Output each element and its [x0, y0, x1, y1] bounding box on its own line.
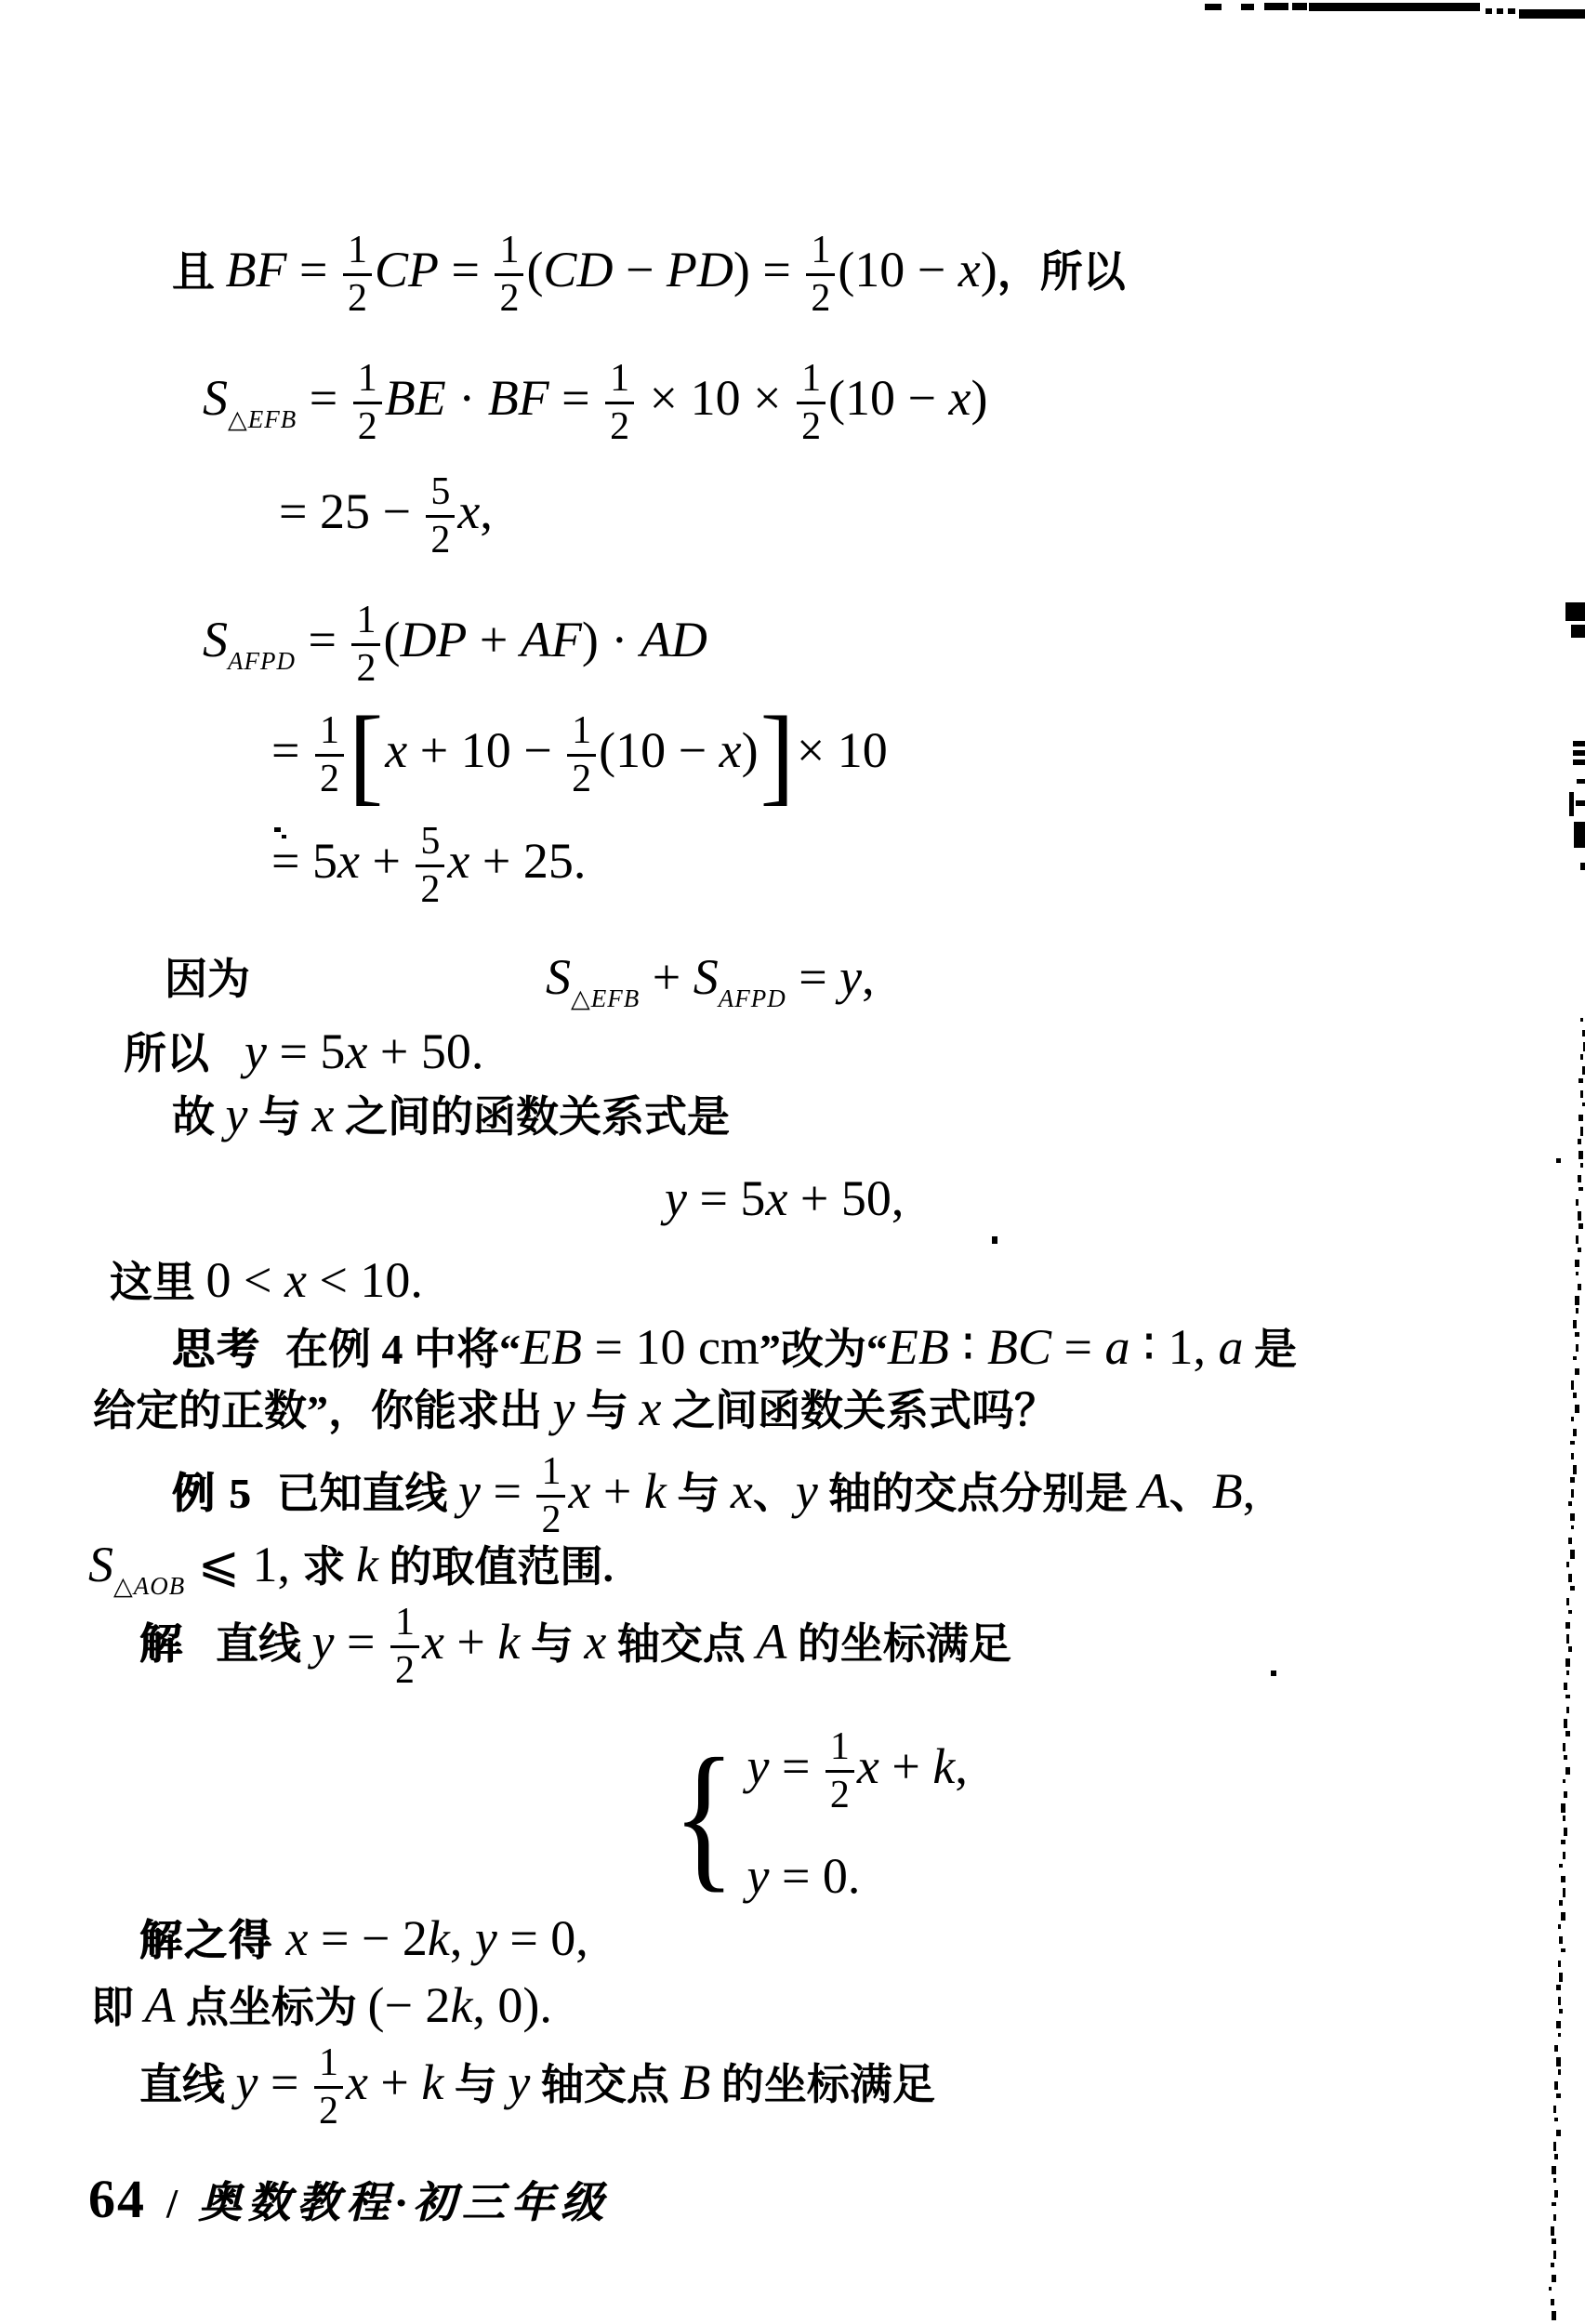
math-text: (10 − [838, 242, 958, 297]
page-edge-artifact [1578, 1175, 1581, 1182]
numerator: 1 [605, 357, 634, 402]
math-variable: k [497, 1614, 520, 1670]
page-edge-artifact [1578, 1187, 1583, 1191]
page-edge-artifact [1558, 1961, 1561, 1967]
cjk-text: 所以 [124, 1030, 209, 1077]
page-edge-artifact [1568, 1501, 1572, 1506]
math-variable: x [422, 1614, 444, 1670]
cjk-text: 且 [172, 248, 226, 296]
page-edge-artifact [1573, 1429, 1577, 1436]
denominator: 2 [605, 402, 634, 449]
scan-artifact [1292, 3, 1307, 10]
cjk-text: 的坐标满足 [710, 2061, 935, 2108]
math-text: = [549, 370, 602, 426]
page-edge-artifact [1559, 1900, 1563, 1906]
page-edge-artifact [1576, 1344, 1578, 1352]
cjk-text: 与 [575, 1387, 639, 1434]
math-text: ) · [582, 612, 641, 667]
fraction: 12 [536, 1450, 565, 1542]
numerator: 1 [536, 1450, 565, 1495]
math-variable: y [226, 1087, 248, 1142]
math-text: × 10 × [637, 370, 794, 426]
math-text: ∶ 1, [1129, 1319, 1218, 1375]
page-edge-artifact [1566, 1707, 1569, 1713]
math-text: = − 2 [308, 1910, 427, 1966]
page-edge-artifact [1565, 1658, 1570, 1667]
math-variable: k [450, 1977, 472, 2033]
line-example5: 例 5已知直线 y = 12x + k 与 x、y 轴的交点分别是 A、B, [172, 1450, 1255, 1542]
denominator: 2 [416, 865, 444, 912]
math-variable: PD [667, 242, 733, 297]
cjk-text: 的坐标满足 [786, 1620, 1011, 1668]
math-variable: x [584, 1614, 606, 1670]
math-variable: BF [226, 242, 287, 297]
page-edge-artifact [1558, 2069, 1561, 2075]
math-variable: x [447, 833, 469, 889]
math-variable: y [839, 949, 862, 1005]
scan-artifact [1577, 779, 1585, 784]
math-variable: x [720, 722, 742, 778]
math-variable: S [546, 949, 571, 1005]
page-edge-artifact [1570, 1441, 1575, 1445]
page-edge-artifact [1580, 1054, 1583, 1060]
math-variable: y [553, 1380, 575, 1436]
math-variable: CD [543, 242, 613, 297]
page-edge-artifact [1578, 1211, 1581, 1221]
math-subscript: △AOB [113, 1572, 185, 1600]
math-variable: x [949, 370, 971, 426]
fraction: 12 [315, 709, 344, 801]
math-text: × 10 [797, 722, 888, 778]
page-edge-artifact [1576, 1308, 1578, 1314]
cjk-text: 点坐标为 [176, 1984, 368, 2031]
denominator: 2 [426, 515, 455, 562]
cjk-text: 解之得 [139, 1917, 286, 1964]
math-variable: y [458, 1463, 481, 1519]
math-variable: x [857, 1738, 879, 1794]
page-edge-artifact [1570, 1550, 1575, 1559]
numerator: 1 [351, 599, 380, 643]
numerator: 1 [567, 709, 596, 754]
math-variable: k [356, 1537, 378, 1592]
math-text: + [360, 833, 413, 889]
math-text: + 25. [469, 833, 586, 889]
math-variable: a [1219, 1319, 1244, 1375]
cjk-text: 即 [91, 1984, 145, 2031]
fraction: 52 [426, 470, 455, 562]
math-text: = [296, 612, 349, 667]
page-edge-artifact [1565, 1622, 1570, 1629]
line-solution: 解直线 y = 12x + k 与 x 轴交点 A 的坐标满足 [139, 1601, 1011, 1693]
line-s-afpd-expand: = 12[x + 10 − 12(10 − x)]× 10 [271, 708, 888, 802]
math-variable: k [932, 1738, 955, 1794]
math-text: = 5 [271, 833, 337, 889]
page-edge-artifact [1576, 1272, 1578, 1275]
math-variable: x [345, 1023, 367, 1079]
page-edge-artifact [1578, 1139, 1581, 1144]
cjk-text: 例 5 [172, 1470, 253, 1517]
page-edge-artifact [1553, 2178, 1556, 2183]
page-edge-artifact [1561, 1803, 1565, 1813]
cjk-text: 之间的函数关系式是 [334, 1093, 730, 1141]
math-text: ) [971, 370, 987, 426]
page-edge-artifact [1561, 1912, 1565, 1921]
scan-artifact [1569, 792, 1574, 816]
page-edge-artifact [1551, 2299, 1554, 2305]
book-title: 奥数教程·初三年级 [198, 2169, 610, 2230]
math-text: = 10 cm [582, 1319, 759, 1375]
page-edge-artifact [1580, 1127, 1583, 1136]
page-edge-artifact [1566, 1598, 1569, 1605]
page-edge-artifact [1558, 2033, 1561, 2037]
math-text: + 10 − [407, 722, 564, 778]
numerator: 5 [416, 820, 444, 865]
scan-artifact [1205, 4, 1222, 10]
system-row: y = 12x + k, [746, 1725, 967, 1817]
page-edge-artifact [1573, 1356, 1577, 1360]
scan-artifact [1580, 863, 1585, 870]
page-edge-artifact [1563, 1816, 1565, 1821]
math-text: ( [526, 242, 543, 297]
page-edge-artifact [1554, 2154, 1558, 2159]
denominator: 2 [343, 273, 372, 321]
scan-artifact [1574, 822, 1585, 848]
math-variable: x [286, 1910, 309, 1966]
math-variable: AD [641, 612, 707, 667]
math-variable: B [680, 2054, 710, 2110]
math-variable: x [457, 483, 480, 539]
page-edge-artifact [1564, 1755, 1567, 1760]
math-text: = [286, 242, 339, 297]
math-variable: A [756, 1614, 786, 1670]
page-edge-artifact [1571, 1380, 1574, 1390]
cjk-text: 这里 [110, 1259, 206, 1306]
numerator: 1 [353, 357, 382, 402]
line-s-afpd: SAFPD = 12(DP + AF) · AD [203, 599, 707, 691]
page-footer: 64 / 奥数教程·初三年级 [88, 2168, 610, 2230]
math-variable: CP [375, 242, 439, 297]
page-edge-artifact [1580, 1090, 1583, 1098]
denominator: 2 [314, 2086, 343, 2133]
numerator: 1 [495, 229, 523, 273]
page-edge-artifact [1554, 2118, 1558, 2121]
page-edge-artifact [1578, 1284, 1581, 1290]
denominator: 2 [353, 402, 382, 449]
page-edge-artifact [1558, 1997, 1561, 2005]
scanned-textbook-page: 且 BF = 12CP = 12(CD − PD) = 12(10 − x)，所… [0, 0, 1585, 2324]
line-function-result: y = 5x + 50, [665, 1168, 904, 1231]
math-variable: y [665, 1170, 687, 1226]
page-edge-artifact [1568, 1610, 1572, 1614]
math-variable: DP [400, 612, 467, 667]
page-edge-artifact [1561, 1876, 1565, 1882]
math-variable: EB [888, 1319, 949, 1375]
math-variable: x [385, 722, 407, 778]
math-text: − [613, 242, 666, 297]
math-variable: x [346, 2054, 368, 2110]
math-variable: AF [521, 612, 582, 667]
cjk-text: 故 [172, 1093, 226, 1141]
cjk-text: 与 [520, 1620, 584, 1668]
math-text: = [786, 949, 839, 1005]
line-bf-definition: 且 BF = 12CP = 12(CD − PD) = 12(10 − x)，所… [172, 229, 1126, 321]
page-edge-artifact [1580, 1163, 1583, 1168]
denominator: 2 [826, 1770, 854, 1817]
page-edge-artifact [1573, 1465, 1577, 1474]
scan-artifact [1571, 625, 1585, 638]
cjk-text: 给定的正数”，你能求出 [93, 1387, 553, 1434]
page-edge-artifact [1566, 1634, 1569, 1644]
cjk-text: ，所以 [997, 248, 1126, 296]
page-edge-artifact [1551, 2263, 1554, 2267]
math-variable: A [145, 1977, 176, 2033]
math-variable: EB [521, 1319, 582, 1375]
math-text: + [467, 612, 520, 667]
cjk-text: 已知直线 [277, 1470, 459, 1517]
denominator: 2 [495, 273, 523, 321]
math-text: = 0, [497, 1910, 588, 1966]
math-text: , [480, 483, 493, 539]
page-edge-artifact [1578, 1223, 1583, 1229]
math-variable: y [796, 1463, 818, 1519]
scan-artifact [282, 835, 286, 838]
fraction: 12 [390, 1601, 419, 1693]
line-s-afpd-result: = 5x + 52x + 25. [271, 820, 586, 912]
page-edge-artifact [1556, 2057, 1561, 2067]
math-text: , [862, 949, 875, 1005]
cjk-text: 与 [247, 1093, 311, 1141]
page-edge-artifact [1549, 2287, 1552, 2291]
math-subscript: △EFB [571, 984, 640, 1012]
cjk-text: 轴的交点分别是 [818, 1470, 1139, 1517]
page-edge-artifact [1551, 2226, 1554, 2236]
fraction: 12 [314, 2041, 343, 2133]
math-text: ∶ [949, 1319, 987, 1375]
denominator: 2 [797, 402, 826, 449]
page-edge-artifact [1553, 2142, 1556, 2151]
page-edge-artifact [1568, 1574, 1572, 1582]
math-variable: x [568, 1463, 590, 1519]
math-variable: a [1104, 1319, 1129, 1375]
math-subscript: AFPD [719, 984, 786, 1012]
page-edge-artifact [1570, 1513, 1575, 1521]
math-text: = [481, 1463, 534, 1519]
scan-artifact [1573, 741, 1585, 746]
cjk-text: 直线 [139, 2061, 236, 2108]
page-edge-artifact [1563, 1852, 1565, 1859]
numerator: 1 [797, 357, 826, 402]
page-edge-artifact [1563, 1888, 1565, 1897]
line-s-efb-result: = 25 − 52x, [279, 470, 493, 562]
scan-artifact [1519, 9, 1585, 19]
math-text: = [271, 722, 312, 778]
scan-artifact [1497, 8, 1503, 14]
scan-artifact [1576, 800, 1585, 806]
math-text: + [368, 2054, 421, 2110]
scan-artifact [1565, 602, 1585, 621]
page-edge-artifact [1578, 1115, 1583, 1121]
math-text: , [1243, 1463, 1256, 1519]
math-text: ) [981, 242, 997, 297]
page-edge-artifact [1554, 2190, 1558, 2198]
numerator: 5 [426, 470, 455, 515]
denominator: 2 [351, 643, 380, 691]
page-edge-artifact [1575, 1260, 1579, 1267]
math-text: = [258, 2054, 310, 2110]
cjk-text: 在例 4 中将“ [285, 1326, 521, 1373]
math-subscript: △EFB [228, 405, 297, 433]
page-edge-artifact [1552, 2202, 1556, 2206]
math-subscript: AFPD [228, 647, 296, 675]
cjk-text: 因为 [165, 956, 250, 1003]
math-variable: BC [987, 1319, 1051, 1375]
scan-artifact [1486, 8, 1492, 14]
page-number: 64 [88, 2168, 146, 2230]
page-edge-artifact [1556, 2093, 1561, 2098]
math-variable: k [428, 1910, 450, 1966]
denominator: 2 [390, 1645, 419, 1693]
math-text: = [439, 242, 492, 297]
cjk-text: 与 [443, 2061, 508, 2108]
page-edge-artifact [1578, 1151, 1583, 1159]
math-variable: y [236, 2054, 258, 2110]
math-variable: y [475, 1910, 497, 1966]
page-edge-artifact [1571, 1453, 1574, 1459]
math-variable: x [337, 833, 360, 889]
line-point-a: 即 A 点坐标为 (− 2k, 0). [91, 1974, 552, 2038]
math-text: ) [742, 722, 759, 778]
math-text: + [640, 949, 693, 1005]
page-edge-artifact [1554, 2081, 1558, 2090]
math-text: = [769, 1738, 822, 1794]
page-edge-artifact [1563, 1779, 1565, 1783]
cjk-text: 求 [303, 1543, 357, 1591]
math-text: 0 < [206, 1252, 284, 1308]
scan-artifact [1271, 1670, 1276, 1676]
page-edge-artifact [1558, 1924, 1561, 1929]
math-text: = 5 [267, 1023, 345, 1079]
page-edge-artifact [1564, 1791, 1567, 1798]
math-variable: BF [488, 370, 549, 426]
math-variable: S [693, 949, 719, 1005]
line-hence: 故 y 与 x 之间的函数关系式是 [172, 1084, 730, 1147]
numerator: 1 [826, 1725, 854, 1770]
math-variable: BE [385, 370, 446, 426]
fraction: 12 [826, 1725, 854, 1817]
big-bracket: [ [349, 706, 383, 804]
big-bracket: ] [760, 706, 795, 804]
cjk-text: 直线 [216, 1620, 312, 1668]
cjk-text: 是 [1244, 1326, 1298, 1373]
numerator: 1 [806, 229, 835, 273]
page-edge-artifact [1559, 2009, 1563, 2014]
math-text: ⩽ 1, [185, 1537, 302, 1592]
numerator: 1 [315, 709, 344, 754]
math-text: = [1051, 1319, 1104, 1375]
page-edge-artifact [1564, 1828, 1567, 1836]
cjk-text: 、 [1169, 1470, 1212, 1517]
math-variable: B [1212, 1463, 1243, 1519]
math-text: , [450, 1910, 475, 1966]
page-edge-artifact [1570, 1477, 1575, 1483]
math-text: (− 2 [368, 1977, 451, 2033]
cjk-text: 、 [753, 1470, 796, 1517]
math-text: · [446, 370, 488, 426]
page-edge-artifact [1573, 1393, 1577, 1398]
scan-artifact [274, 827, 281, 832]
page-edge-artifact [1575, 1405, 1579, 1413]
math-variable: y [746, 1738, 769, 1794]
page-edge-artifact [1556, 2021, 1561, 2028]
cjk-text: 轴交点 [530, 2061, 680, 2108]
math-variable: y [746, 1848, 769, 1904]
math-variable: y [244, 1023, 267, 1079]
line-s-efb: S△EFB = 12BE · BF = 12 × 10 × 12(10 − x) [203, 357, 987, 449]
page-edge-artifact [1565, 1731, 1570, 1736]
math-text: + [879, 1738, 932, 1794]
page-edge-artifact [1568, 1646, 1572, 1652]
page-edge-artifact [1559, 1936, 1563, 1944]
system-rows: y = 12x + k,y = 0. [746, 1725, 967, 1908]
page-edge-artifact [1565, 1695, 1570, 1698]
page-edge-artifact [1554, 2045, 1558, 2052]
math-text: < 10. [307, 1252, 423, 1308]
fraction: 12 [343, 229, 372, 321]
page-edge-artifact [1556, 2130, 1561, 2136]
fraction: 12 [495, 229, 523, 321]
scan-artifact [1309, 3, 1480, 11]
fraction: 12 [353, 357, 382, 449]
math-variable: x [958, 242, 981, 297]
fraction: 52 [416, 820, 444, 912]
denominator: 2 [806, 273, 835, 321]
math-variable: x [731, 1463, 753, 1519]
denominator: 2 [315, 754, 344, 801]
math-variable: x [311, 1087, 334, 1142]
line-therefore: 所以y = 5x + 50. [124, 1021, 483, 1084]
system-row: y = 0. [746, 1845, 967, 1908]
scan-artifact [1573, 759, 1585, 765]
left-brace: { [672, 1735, 735, 1898]
math-text: = [334, 1614, 387, 1670]
line-solve-result: 解之得 x = − 2k, y = 0, [139, 1908, 588, 1971]
math-text: = 0. [769, 1848, 860, 1904]
fraction: 12 [797, 357, 826, 449]
math-text: ( [383, 612, 400, 667]
numerator: 1 [343, 229, 372, 273]
page-edge-artifact [1561, 1840, 1565, 1844]
page-edge-artifact [1576, 1199, 1578, 1206]
page-edge-artifact [1564, 1683, 1567, 1690]
math-text: = [297, 370, 350, 426]
page-edge-artifact [1553, 2106, 1556, 2113]
math-text: , [955, 1738, 968, 1794]
math-variable: S [203, 370, 228, 426]
cjk-text: 的取值范围. [378, 1543, 614, 1591]
page-edge-artifact [1559, 1973, 1563, 1982]
math-text: + [444, 1614, 497, 1670]
page-edge-artifact [1575, 1332, 1579, 1337]
page-edge-artifact [1575, 1296, 1579, 1305]
page-edge-artifact [1563, 1743, 1565, 1751]
denominator: 2 [567, 754, 596, 801]
page-edge-artifact [1570, 1586, 1575, 1591]
page-edge-artifact [1556, 1985, 1561, 1990]
page-edge-artifact [1553, 2251, 1556, 2259]
line-example5-cond: S△AOB ⩽ 1, 求 k 的取值范围. [88, 1534, 614, 1603]
cjk-text: 解 [139, 1620, 184, 1668]
line-point-b: 直线 y = 12x + k 与 y 轴交点 B 的坐标满足 [139, 2041, 935, 2133]
